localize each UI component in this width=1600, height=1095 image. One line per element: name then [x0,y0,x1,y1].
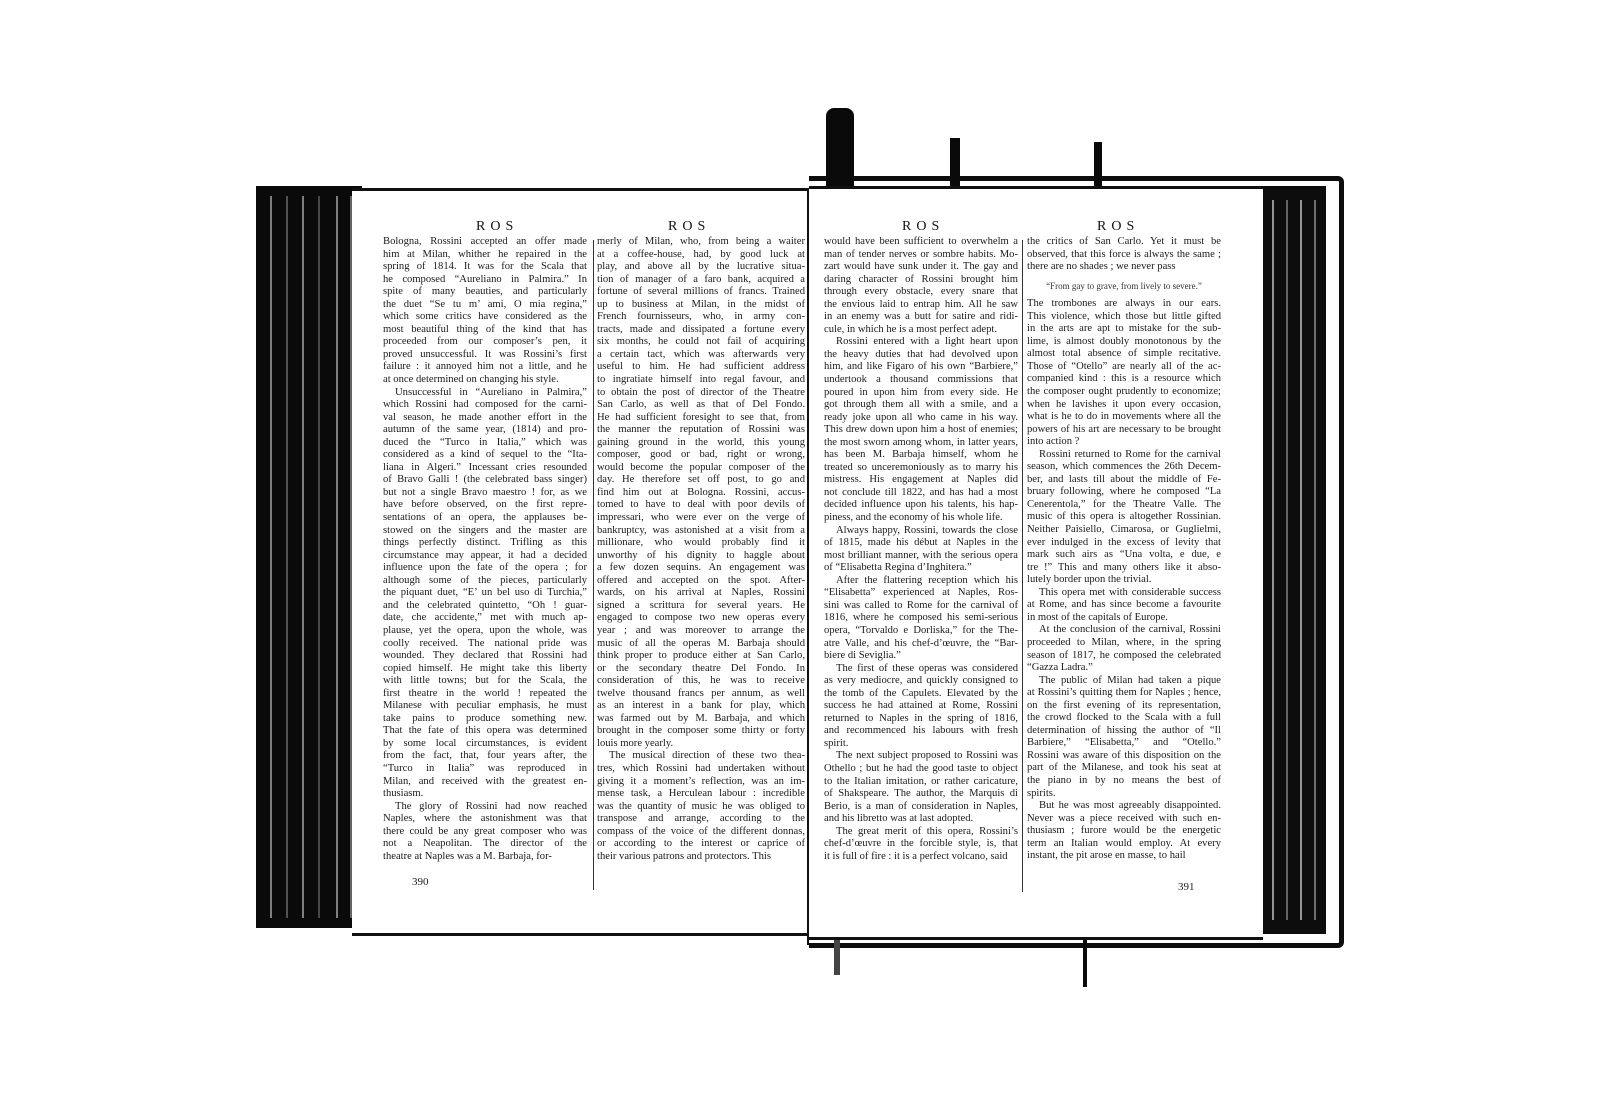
text-line: fortune of several millions of francs. T… [597,286,805,299]
text-line: Neither Paisiello, Cimarosa, or Guglielm… [1027,524,1221,537]
text-line: ready joke upon all who came in his way. [824,412,1018,425]
text-line: The next subject proposed to Rossini was [824,750,1018,763]
text-line: spirits. [1027,788,1221,801]
page-number: 390 [412,876,429,888]
text-line: things perfectly distinct. Trifling as t… [383,537,587,550]
text-line: when he lavishes it upon every occasion, [1027,399,1221,412]
text-line: proceeded to Milan, where, in the spring [1027,637,1221,650]
text-line: was the quantity of music he was obliged… [597,801,805,814]
text-line: thusiasm. [383,788,587,801]
text-line: zart would have sunk under it. The gay a… [824,261,1018,274]
text-line: Milan, and received with the greatest en… [383,776,587,789]
text-line: play, and above all by the lucrative sit… [597,261,805,274]
text-line: the heavy duties that had devolved upon [824,349,1018,362]
text-line: undertook a thousand commissions that [824,374,1018,387]
text-line: powers of his art are necessary to be br… [1027,424,1221,437]
text-line: tre !” This and many others like it abso… [1027,562,1221,575]
text-line: liana in Algeri.” Incessant cries resoun… [383,462,587,475]
text-line: returned to Naples in the spring of 1816… [824,713,1018,726]
text-line: on the first evening of its representati… [1027,700,1221,713]
text-line: ever indulged in the excess of levity th… [1027,537,1221,550]
text-line: bruary following, where he composed “La [1027,486,1221,499]
text-line: with little towns; but for the Scala, th… [383,675,587,688]
text-line: This opera met with considerable success [1027,587,1221,600]
text-line: as an interest in a bank for play, which [597,700,805,713]
text-line: bankruptcy, was astonished at a visit fr… [597,525,805,538]
text-line: thusiasm ; furore would be the energetic [1027,825,1221,838]
text-line: to ingratiate himself into regal favour,… [597,374,805,387]
text-line: opera, “Torvaldo e Dorliska,” for the Th… [824,625,1018,638]
column-rule [1022,240,1023,892]
text-column: Bologna, Rossini accepted an offer madeh… [383,236,587,863]
text-line: twelve thousand francs per annum, as wel… [597,688,805,701]
gutter [807,190,809,945]
text-line: plause, yet the opera, upon the whole, w… [383,625,587,638]
text-line: music of this opera is altogether Rossin… [1027,511,1221,524]
text-line: The glory of Rossini had now reached [383,801,587,814]
text-line: take pains to produce something new. [383,713,587,726]
running-head: ROS [476,219,518,235]
text-line: brought in the composer some thirty or f… [597,725,805,738]
text-line: lime, is almost doubly monotonous by the [1027,336,1221,349]
text-line: of Bravo Galli ! (the celebrated bass si… [383,474,587,487]
text-line: transpose and arrange, according to the [597,813,805,826]
text-line: year ; and was moreover to arrange the [597,625,805,638]
text-line: ber, and lasts till about the middle of … [1027,474,1221,487]
top-tab-3 [1094,142,1102,188]
text-line: Those of “Otello” are nearly all of the … [1027,361,1221,374]
text-line: would become the popular composer of the [597,462,805,475]
text-line: This violence, which those but little gi… [1027,311,1221,324]
text-line: Berio, is a man of consideration in Napl… [824,801,1018,814]
text-line: copied himself. He might take this liber… [383,663,587,676]
text-line: He had sufficient foresight to see that,… [597,412,805,425]
text-line: composer, good or bad, right or wrong, [597,449,805,462]
text-line: atre Valle, and his chef-d’œuvre, the “B… [824,638,1018,651]
text-line: of “Elisabetta Regina d’Inghitera.” [824,562,1018,575]
text-line: poured in upon him from every side. He [824,387,1018,400]
text-line: French fournisseurs, who, in army con- [597,311,805,324]
text-line: but not a single Bravo maestro ! for, as… [383,487,587,500]
text-line: val season, he made another effort in th… [383,412,587,425]
text-line: most brilliant manner, with the serious … [824,550,1018,563]
text-line: “Elisabetta” experienced at Naples, Ros- [824,587,1018,600]
text-line: instant, the pit arose en masse, to hail [1027,850,1221,863]
text-line: lutely border upon the trivial. [1027,574,1221,587]
text-line: the composer ought prudently to economiz… [1027,386,1221,399]
text-line: circumstance may appear, it had a decide… [383,550,587,563]
text-line: biere di Seviglia.” [824,650,1018,663]
text-line: Rossini entered with a light heart upon [824,336,1018,349]
text-line: the duet “Se tu m’ ami, O mia regina,” [383,299,587,312]
text-line: sini was called to Rome for the carnival… [824,600,1018,613]
text-line: there are no shades ; we never pass [1027,261,1221,274]
text-line: chef-d’œuvre in the forcible style, is, … [824,838,1018,851]
text-line: tracts, made and dissipated a fortune ev… [597,324,805,337]
text-line: although some of the pieces, particularl… [383,575,587,588]
text-line: The first of these operas was considered [824,663,1018,676]
text-line: him, and like Figaro of his own “Barbier… [824,361,1018,374]
text-line: Cenerentola,” for the Theatre Valle. The [1027,499,1221,512]
text-line: wards, on his arrival at Naples, Rossini [597,587,805,600]
text-line: as very mediocre, and quickly consigned … [824,675,1018,688]
text-line: proved unsuccessful. It was Rossini’s fi… [383,349,587,362]
text-line: a few dozen sequins. An engagement was [597,562,805,575]
text-line: observed, that this force is always the … [1027,249,1221,262]
text-line: millionare, who would probably find it [597,537,805,550]
text-line: daring character of Rossini brought him [824,274,1018,287]
text-line: merly of Milan, who, from being a waiter [597,236,805,249]
text-line: engaged to compose two new operas every [597,612,805,625]
text-line: their various patrons and protectors. Th… [597,851,805,864]
text-line: not conclude till 1822, and has had a mo… [824,487,1018,500]
text-line: season, which commences the 26th Decem- [1027,461,1221,474]
text-line: almost total absence of simple recitativ… [1027,348,1221,361]
text-line: of 1815, made his début at Naples in the [824,537,1018,550]
text-line: tion of manager of a faro bank, acquired… [597,274,805,287]
text-line: spite of many beauties, and particularly [383,286,587,299]
text-line: determination of hissing the author of “… [1027,725,1221,738]
text-line: the most sworn among whom, in latter yea… [824,437,1018,450]
text-line: Naples, where the astonishment was that [383,813,587,826]
text-line: got through them all with a smile, and a [824,399,1018,412]
text-line: and his libretto was at last adopted. [824,813,1018,826]
text-line: decided influence upon his talents, his … [824,499,1018,512]
text-line: in an enemy was a butt for satire and ri… [824,311,1018,324]
text-line: which Rossini had composed for the carni… [383,399,587,412]
text-line: would have been sufficient to overwhelm … [824,236,1018,249]
text-line: to obtain the post of director of the Th… [597,387,805,400]
text-line: the manner the reputation of Rossini was [597,424,805,437]
bottom-ribbon-2 [1083,935,1087,987]
text-line: “Turco in Italia” was reproduced in [383,763,587,776]
text-line: theatre at Naples was a M. Barbaja, for- [383,851,587,864]
text-line: unworthy of his dignity to haggle about [597,550,805,563]
text-line: the piano in by no means the best of [1027,775,1221,788]
text-line: mistress. His engagement at Naples did [824,474,1018,487]
text-line: The trombones are always in our ears. [1027,298,1221,311]
text-line: 1816, where he composed his semi-serious [824,612,1018,625]
bottom-ribbon-1 [834,935,840,975]
text-line: spirit. [824,738,1018,751]
text-line: at once determined on changing his style… [383,374,587,387]
text-line: Unsuccessful in “Aureliano in Palmira,” [383,387,587,400]
text-line: music of all the operas M. Barbaja shoul… [597,638,805,651]
text-line: up to business at Milan, in the midst of [597,299,805,312]
text-line: San Carlo, as well as that of Del Fondo. [597,399,805,412]
text-line: from the fact, that, four years after, t… [383,750,587,763]
text-line: to the Italian imitation, or rather cari… [824,776,1018,789]
text-line: six months, he could not fail of acquiri… [597,336,805,349]
text-line: impressari, who were ever on the verge o… [597,512,805,525]
text-line: at a coffee-house, had, by good luck at [597,249,805,262]
block-quote: “From gay to grave, from lively to sever… [1027,280,1221,293]
text-line: That the fate of this opera was determin… [383,725,587,738]
page-number: 391 [1178,881,1195,893]
open-book-spread: ROS Bologna, Rossini accepted an offer m… [0,0,1600,1095]
text-line: what is he to do in movements where all … [1027,411,1221,424]
text-column: would have been sufficient to overwhelm … [824,236,1018,863]
text-line: offered and accepted on the spot. After- [597,575,805,588]
text-line: cule, in which he is a most perfect adep… [824,324,1018,337]
text-line: by some local circumstances, is evident [383,738,587,751]
text-line: useful to him. He had sufficient address [597,361,805,374]
text-line: of Shakspeare. The author, the Marquis d… [824,788,1018,801]
text-line: autumn of the same year, (1814) and pro- [383,424,587,437]
text-line: not a Neapolitan. The director of the [383,838,587,851]
text-line: in the arts are apt to mistake for the s… [1027,323,1221,336]
text-line: consideration of this, he was to receive [597,675,805,688]
text-line: mense task, a Herculean labour : incredi… [597,788,805,801]
text-line: This drew down upon him a host of enemie… [824,424,1018,437]
text-line: and the celebrated quintetto, “Oh ! guar… [383,600,587,613]
text-line: part of the Milanese, and took his seat … [1027,762,1221,775]
text-line: through every obstacle, every snare that [824,286,1018,299]
text-line: spring of 1814. It was for the Scala tha… [383,261,587,274]
text-line: him at Milan, whither he repaired in the [383,249,587,262]
text-line: the crowd flocked to the Scala with a fu… [1027,712,1221,725]
running-head: ROS [1097,219,1139,235]
text-line: The musical direction of these two thea- [597,750,805,763]
left-page-stack [256,186,362,928]
text-line: most beautiful thing of the kind that ha… [383,324,587,337]
running-head: ROS [902,219,944,235]
top-tab-1 [826,108,854,188]
text-line: giving it a moment’s reflection, was an … [597,776,805,789]
text-line: stowed on the singers and the master are [383,525,587,538]
text-line: man of tender nerves or sombre habits. M… [824,249,1018,262]
text-line: term an Italian would employ. At every [1027,838,1221,851]
text-line: there could be any great composer who wa… [383,826,587,839]
text-line: mark such airs as “Una volta, e due, e [1027,549,1221,562]
text-line: the piquant duet, “E’ un bel uso di Turc… [383,587,587,600]
text-line: think proper to produce either at San Ca… [597,650,805,663]
text-line: After the flattering reception which his [824,575,1018,588]
text-line: Always happy, Rossini, towards the close [824,525,1018,538]
text-line: or the secondary theatre Del Fondo. In [597,663,805,676]
text-line: Bologna, Rossini accepted an offer made [383,236,587,249]
text-column: merly of Milan, who, from being a waiter… [597,236,805,863]
right-page-stack [1262,186,1326,934]
text-line: The great merit of this opera, Rossini’s [824,826,1018,839]
text-line: and recommenced his labours with fresh [824,725,1018,738]
text-line: a certain tact, which was afterwards ver… [597,349,805,362]
text-line: at Rome, and has since become a favourit… [1027,599,1221,612]
text-line: influence upon the fate of the opera ; f… [383,562,587,575]
text-line: louis more yearly. [597,738,805,751]
text-line: considered as a kind of sequel to the “I… [383,449,587,462]
column-rule [593,240,594,890]
text-line: or according to the interest or caprice … [597,838,805,851]
text-line: at Rossini’s quitting them for Naples ; … [1027,687,1221,700]
text-line: Never was a piece received with such en- [1027,813,1221,826]
text-line: The public of Milan had taken a pique [1027,675,1221,688]
text-line: have before observed, on the first repre… [383,499,587,512]
text-line: companied kind : this is a resource whic… [1027,373,1221,386]
text-line: Milanese with peculiar emphasis, he must [383,700,587,713]
text-line: he composed “Aureliano in Palmira.” In [383,274,587,287]
text-line: At the conclusion of the carnival, Rossi… [1027,624,1221,637]
text-line: the critics of San Carlo. Yet it must be [1027,236,1221,249]
text-line: proceeded from our composer’s pen, it [383,336,587,349]
text-line: Rossini was aware of this disposition on… [1027,750,1221,763]
text-column: the critics of San Carlo. Yet it must be… [1027,236,1221,863]
text-line: has been M. Barbaja himself, whom he [824,449,1018,462]
text-line: coolly received. The national pride was [383,638,587,651]
text-line: was farmed out by M. Barbaja, and which [597,713,805,726]
text-line: which some critics have considered as th… [383,311,587,324]
text-line: the tomb of the Capulets. Elevated by th… [824,688,1018,701]
text-line: compass of the voice of the different do… [597,826,805,839]
text-line: Othello ; but he had the good taste to o… [824,763,1018,776]
text-line: find him out at Bologna. Rossini, accus- [597,487,805,500]
text-line: But he was most agreeably disappointed. [1027,800,1221,813]
text-line: tres, which Rossini had undertaken witho… [597,763,805,776]
text-line: “Gazza Ladra.” [1027,662,1221,675]
text-line: the envious laid to entrap him. All he s… [824,299,1018,312]
text-line: it is full of fire : it is a perfect vol… [824,851,1018,864]
text-line: gaining ground in the world, this young [597,437,805,450]
text-line: tomed to have to deal with poor devils o… [597,499,805,512]
text-line: in most of the capitals of Europe. [1027,612,1221,625]
text-line: sentations of an opera, the applauses be… [383,512,587,525]
running-head: ROS [668,219,710,235]
text-line: date, che accidente,” met with much ap- [383,612,587,625]
text-line: success he had attained at Rome, Rossini [824,700,1018,713]
text-line: piness, and the economy of his whole lif… [824,512,1018,525]
text-line: failure : it annoyed him not a little, a… [383,361,587,374]
text-line: season of 1817, he composed the celebrat… [1027,650,1221,663]
text-line: duced the “Turco in Italia,” which was [383,437,587,450]
text-line: signed a scrittura for several years. He [597,600,805,613]
text-line: first theatre in the world ! repeated th… [383,688,587,701]
top-tab-2 [950,138,960,188]
text-line: Barbiere,” “Elisabetta,” and “Otello.” [1027,737,1221,750]
text-line: Rossini returned to Rome for the carniva… [1027,449,1221,462]
text-line: into action ? [1027,436,1221,449]
text-line: day. He therefore set off post, to go an… [597,474,805,487]
text-line: treated so unceremoniously as to marry h… [824,462,1018,475]
text-line: wounded. They declared that Rossini had [383,650,587,663]
